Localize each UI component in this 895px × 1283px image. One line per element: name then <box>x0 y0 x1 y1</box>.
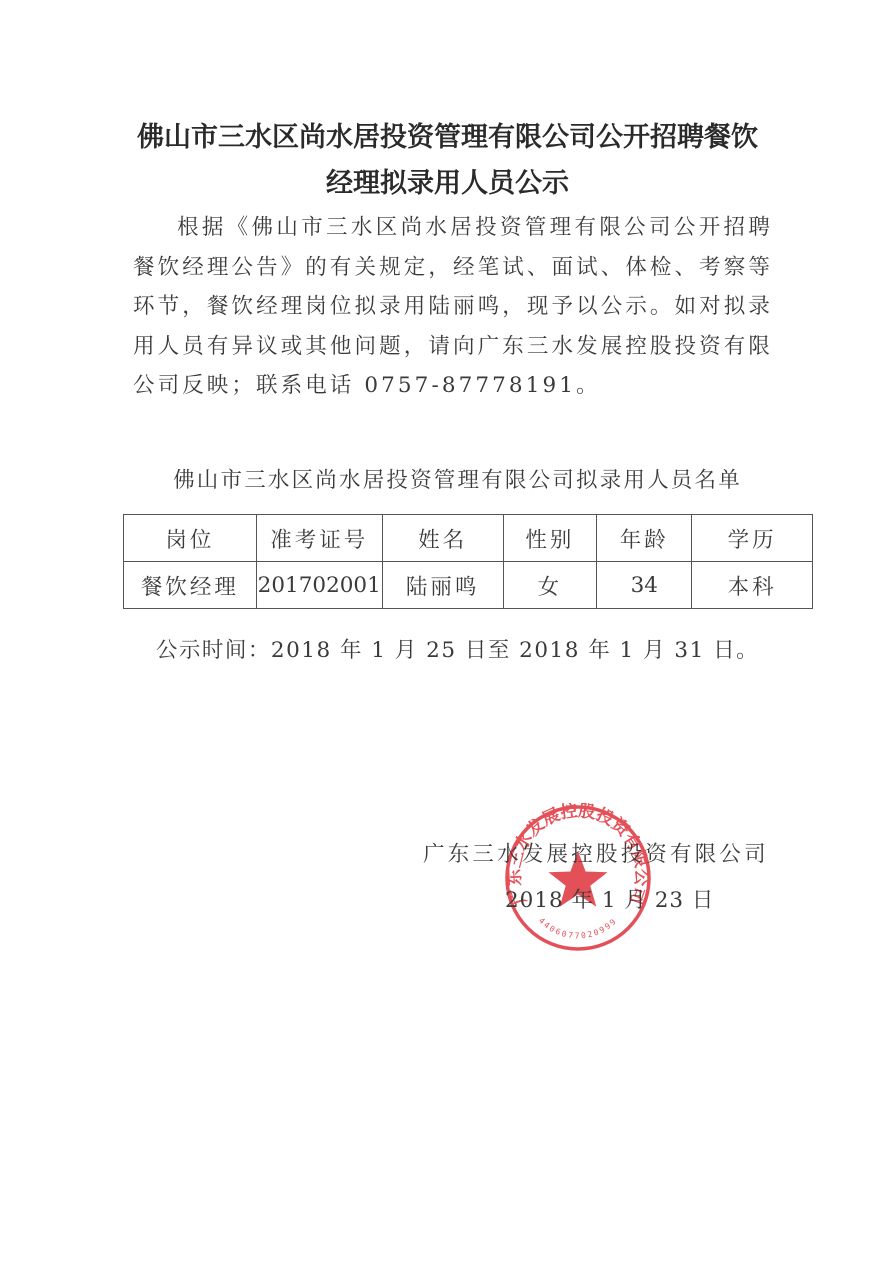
cell-position: 餐饮经理 <box>124 562 257 609</box>
cell-education: 本科 <box>692 562 813 609</box>
roster-table: 岗位 准考证号 姓名 性别 年龄 学历 餐饮经理 201702001 陆丽鸣 女… <box>123 514 813 609</box>
roster-title: 佛山市三水区尚水居投资管理有限公司拟录用人员名单 <box>0 463 895 494</box>
seal-code: 4406077020999 <box>537 916 619 940</box>
document-title-line-2: 经理拟录用人员公示 <box>0 161 895 200</box>
signing-date: 2018 年 1 月 23 日 <box>505 883 714 914</box>
cell-name: 陆丽鸣 <box>382 562 503 609</box>
header-exam-id: 准考证号 <box>256 515 382 562</box>
document-title-line-1: 佛山市三水区尚水居投资管理有限公司公开招聘餐饮 <box>0 115 895 154</box>
table-row: 餐饮经理 201702001 陆丽鸣 女 34 本科 <box>124 562 813 609</box>
table-header-row: 岗位 准考证号 姓名 性别 年龄 学历 <box>124 515 813 562</box>
official-seal-icon: 广东三水发展控股投资有限公司 4406077020999 <box>503 803 653 953</box>
notice-period: 公示时间：2018 年 1 月 25 日至 2018 年 1 月 31 日。 <box>0 633 895 664</box>
cell-age: 34 <box>597 562 692 609</box>
cell-exam-id: 201702001 <box>256 562 382 609</box>
header-name: 姓名 <box>382 515 503 562</box>
header-education: 学历 <box>692 515 813 562</box>
cell-gender: 女 <box>503 562 597 609</box>
header-gender: 性别 <box>503 515 597 562</box>
body-paragraph: 根据《佛山市三水区尚水居投资管理有限公司公开招聘餐饮经理公告》的有关规定，经笔试… <box>133 208 773 406</box>
header-age: 年龄 <box>597 515 692 562</box>
signing-organization: 广东三水发展控股投资有限公司 <box>423 837 769 868</box>
svg-text:4406077020999: 4406077020999 <box>537 916 619 940</box>
header-position: 岗位 <box>124 515 257 562</box>
